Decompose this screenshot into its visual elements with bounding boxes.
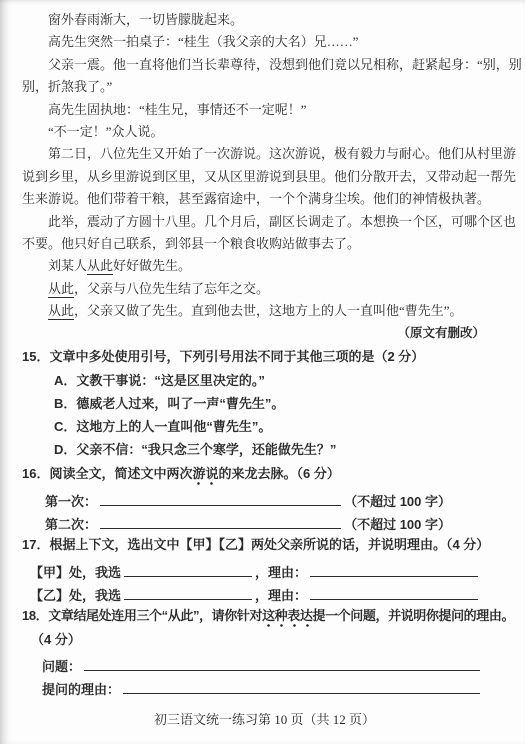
question-stem: 17．根据上下文，选出文中【甲】【乙】两处父亲所说的话，并说明理由。（4 分）: [22, 532, 507, 557]
exam-page: 窗外春雨渐大，一切皆朦胧起来。高先生突然一拍桌子：“桂生（我父亲的大名）兄……”…: [0, 0, 525, 744]
passage-line: 第二日，八位先生又开始了一次游说。这次游说，极有毅力与耐心。他们从村里游: [22, 143, 507, 165]
passage-text: 此举，震动了方圆十八里。几个月后，副区长调走了。本想换一个区，可哪个区也: [48, 214, 516, 229]
option-list: A．文教干事说：“这是区里决定的。”B．德威老人过来，叫了一声“曹先生”。C．这…: [22, 369, 507, 461]
passage-text: 父亲一震。他一直将他们当长辈尊待，没想到他们竟以兄相称，赶紧起身：“别，别: [48, 57, 522, 72]
page-footer: 初三语文统一练习第 10 页（共 12 页）: [22, 711, 507, 729]
answer-label: 第二次：: [45, 517, 97, 532]
answer-blank: [84, 669, 480, 671]
answer-blank: [310, 598, 478, 600]
passage-text: 不要。他只好自己联系，到邻县一个粮食收购站做事去了。: [22, 236, 360, 251]
answer-row: 提问的理由：: [42, 674, 507, 697]
passage-line: “不一定！”众人说。: [22, 121, 507, 143]
question-stem: 18．文章结尾处连用三个“从此”，请你针对这种表达提一个问题，并说明你提问的理由…: [22, 603, 507, 628]
passage-line: 高先生固执地：“桂生兄，事情还不一定呢！”: [22, 99, 507, 121]
answer-label: 提问的理由：: [42, 682, 120, 697]
answer-row: 第一次：（不超过 100 字）: [45, 486, 507, 509]
question-18: 18．文章结尾处连用三个“从此”，请你针对这种表达提一个问题，并说明你提问的理由…: [22, 603, 507, 697]
source-note: （原文有删改）: [22, 322, 507, 344]
passage-line: 从此，父亲又做了先生。直到他去世，这地方上的人一直叫他“曹先生”。: [22, 300, 507, 322]
passage-text: 窗外春雨渐大，一切皆朦胧起来。: [48, 12, 243, 27]
underlined-phrase: 从此: [48, 303, 74, 320]
reading-passage: 窗外春雨渐大，一切皆朦胧起来。高先生突然一拍桌子：“桂生（我父亲的大名）兄……”…: [22, 9, 507, 322]
answer-label: 【乙】处，我选: [30, 588, 121, 603]
passage-line: 高先生突然一拍桌子：“桂生（我父亲的大名）兄……”: [22, 31, 507, 53]
passage-line: 刘某人从此好好做先生。: [22, 255, 507, 277]
question-stem: 16．阅读全文，简述文中两次游说的来龙去脉。（6 分）: [22, 461, 507, 486]
answer-row: 问题：: [42, 651, 507, 674]
passage-text: 高先生固执地：“桂生兄，事情还不一定呢！”: [48, 102, 307, 117]
underlined-phrase: 从此: [48, 281, 74, 298]
choice-option: B．德威老人过来，叫了一声“曹先生”。: [54, 392, 507, 415]
passage-line: 说到乡里，从乡里游说到区里，又从区里游说到县里。他们分散开去，又带动起一帮先: [22, 166, 507, 188]
answer-label: 第一次：: [45, 494, 97, 509]
passage-text: 高先生突然一拍桌子：“桂生（我父亲的大名）兄……”: [48, 34, 359, 49]
answer-label: 【甲】处，我选: [30, 565, 121, 580]
answer-blank: [123, 692, 480, 694]
underlined-phrase: 从此: [87, 258, 113, 275]
answer-area: 【甲】处，我选，理由：【乙】处，我选，理由：: [22, 557, 507, 603]
passage-line: 窗外春雨渐大，一切皆朦胧起来。: [22, 9, 507, 31]
answer-row: 【乙】处，我选，理由：: [30, 580, 507, 603]
passage-text: ，父亲与八位先生结了忘年之交。: [74, 281, 269, 296]
question-stem: 15．文章中多处使用引号，下列引号用法不同于其他三项的是（2 分）: [22, 344, 507, 369]
passage-text: “不一定！”众人说。: [48, 124, 164, 139]
answer-label: 问题：: [42, 659, 81, 674]
passage-text: 说到乡里，从乡里游说到区里，又从区里游说到县里。他们分散开去，又带动起一帮先: [22, 169, 516, 184]
passage-line: 别，折煞我了。”: [22, 76, 507, 98]
answer-label: ，理由：: [255, 588, 307, 603]
answer-blank: [100, 504, 341, 506]
answer-row: 第二次：（不超过 100 字）: [45, 509, 507, 532]
passage-line: 不要。他只好自己联系，到邻县一个粮食收购站做事去了。: [22, 233, 507, 255]
score-note: （4 分）: [31, 628, 507, 651]
choice-option: A．文教干事说：“这是区里决定的。”: [54, 369, 507, 392]
choice-option: C．这地方上的人一直叫他“曹先生”。: [54, 415, 507, 438]
passage-text: 第二日，八位先生又开始了一次游说。这次游说，极有毅力与耐心。他们从村里游: [48, 146, 516, 161]
answer-blank: [124, 575, 252, 577]
passage-line: 从此，父亲与八位先生结了忘年之交。: [22, 278, 507, 300]
passage-text: 刘某人: [48, 258, 87, 273]
limit-note: （不超过 100 字）: [344, 517, 451, 532]
stem-text: 16．阅读全文，简述文中两次: [22, 466, 192, 481]
answer-blank: [310, 575, 478, 577]
passage-line: 生来游说。他们带着干粮，甚至露宿途中，一个个满身尘埃。他们的神情极执著。: [22, 188, 507, 210]
passage-text: ，父亲又做了先生。直到他去世，这地方上的人一直叫他“曹先生”。: [74, 303, 463, 318]
passage-text: 生来游说。他们带着干粮，甚至露宿途中，一个个满身尘埃。他们的神情极执著。: [22, 191, 490, 206]
answer-row: 【甲】处，我选，理由：: [30, 557, 507, 580]
answer-blank: [100, 527, 341, 529]
question-16: 16．阅读全文，简述文中两次游说的来龙去脉。（6 分） 第一次：（不超过 100…: [22, 461, 507, 532]
answer-label: ，理由：: [255, 565, 307, 580]
choice-option: D．父亲不信：“我只念三个寒学，还能做先生？”: [54, 438, 507, 461]
passage-line: 父亲一震。他一直将他们当长辈尊待，没想到他们竟以兄相称，赶紧起身：“别，别: [22, 54, 507, 76]
answer-area: 问题：提问的理由：: [22, 651, 507, 697]
limit-note: （不超过 100 字）: [344, 494, 451, 509]
passage-text: 好好做先生。: [113, 258, 191, 273]
emphasis-term: 游说: [192, 466, 218, 486]
stem-text: 提一个问题，并说明你提问的理由。: [312, 608, 514, 623]
stem-text: 的来龙去脉。（6 分）: [218, 466, 339, 481]
question-15: 15．文章中多处使用引号，下列引号用法不同于其他三项的是（2 分） A．文教干事…: [22, 344, 507, 461]
stem-text: 18．文章结尾处连用三个“从此”，请你针对: [22, 608, 262, 623]
emphasis-term: 这种表达: [262, 608, 312, 628]
question-17: 17．根据上下文，选出文中【甲】【乙】两处父亲所说的话，并说明理由。（4 分） …: [22, 532, 507, 603]
answer-blank: [124, 598, 252, 600]
answer-area: 第一次：（不超过 100 字）第二次：（不超过 100 字）: [22, 486, 507, 532]
passage-text: 别，折煞我了。”: [22, 79, 112, 94]
passage-line: 此举，震动了方圆十八里。几个月后，副区长调走了。本想换一个区，可哪个区也: [22, 211, 507, 233]
